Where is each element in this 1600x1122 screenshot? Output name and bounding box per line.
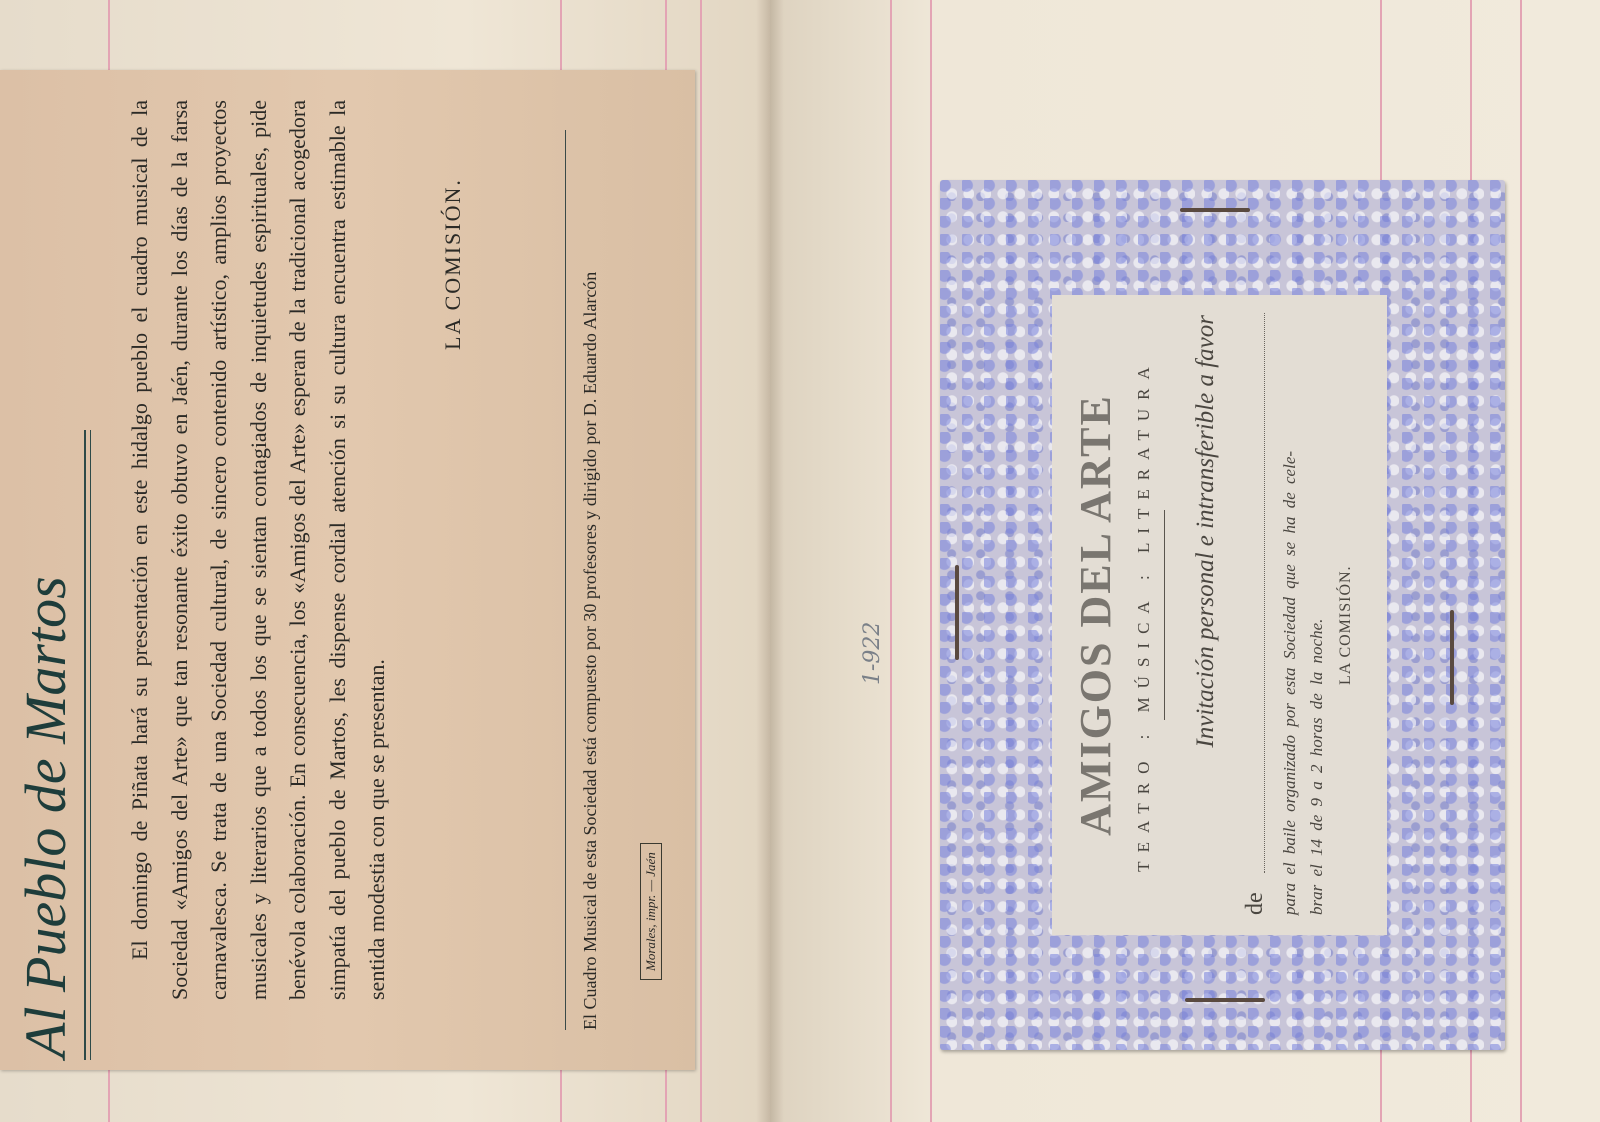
staple <box>1450 610 1454 705</box>
invitation-signature: LA COMISIÓN. <box>1337 565 1355 685</box>
title-rule <box>84 430 91 1060</box>
staple <box>955 565 959 660</box>
staple <box>1185 998 1265 1002</box>
clipping-signature: LA COMISIÓN. <box>440 178 466 350</box>
ledger-margin-line <box>1520 0 1522 1122</box>
invitation-content: AMIGOS DEL ARTE TEATRO : MÚSICA : LITERA… <box>1052 295 1387 935</box>
ledger-margin-line <box>930 0 932 1122</box>
footer-rule <box>565 130 566 1030</box>
recipient-label: de <box>1242 892 1269 915</box>
event-line-2: brar el 14 de 9 a 2 horas de la noche. <box>1307 619 1327 915</box>
printer-imprint: Morales, impr. — Jaén <box>640 843 662 980</box>
clipping-footer-note: El Cuadro Musical de esta Sociedad está … <box>580 272 601 1030</box>
invitation-panel: AMIGOS DEL ARTE TEATRO : MÚSICA : LITERA… <box>1052 295 1387 935</box>
newspaper-clipping: Al Pueblo de Martos El domingo de Piñata… <box>0 70 695 1070</box>
clipping-body: El domingo de Piñata hará su presentació… <box>120 100 397 1000</box>
ledger-margin-line <box>700 0 702 1122</box>
clipping-content: Al Pueblo de Martos El domingo de Piñata… <box>0 70 695 1070</box>
event-line-1: para el baile organizado por esta Socied… <box>1280 451 1300 915</box>
clipping-paragraph: El domingo de Piñata hará su presentació… <box>120 100 397 1000</box>
invitation-title: AMIGOS DEL ARTE <box>1070 295 1121 935</box>
invitation-line: Invitación personal e intransferible a f… <box>1192 315 1220 895</box>
staple <box>1180 208 1250 212</box>
invitation-subtitle: TEATRO : MÚSICA : LITERATURA <box>1134 295 1154 935</box>
divider <box>1164 510 1165 720</box>
invitation-card: AMIGOS DEL ARTE TEATRO : MÚSICA : LITERA… <box>940 180 1505 1050</box>
ledger-margin-line <box>890 0 892 1122</box>
handwritten-year: 1-922 <box>860 622 885 685</box>
recipient-blank <box>1264 313 1265 873</box>
clipping-title: Al Pueblo de Martos <box>12 576 79 1058</box>
book-spine <box>756 0 784 1122</box>
